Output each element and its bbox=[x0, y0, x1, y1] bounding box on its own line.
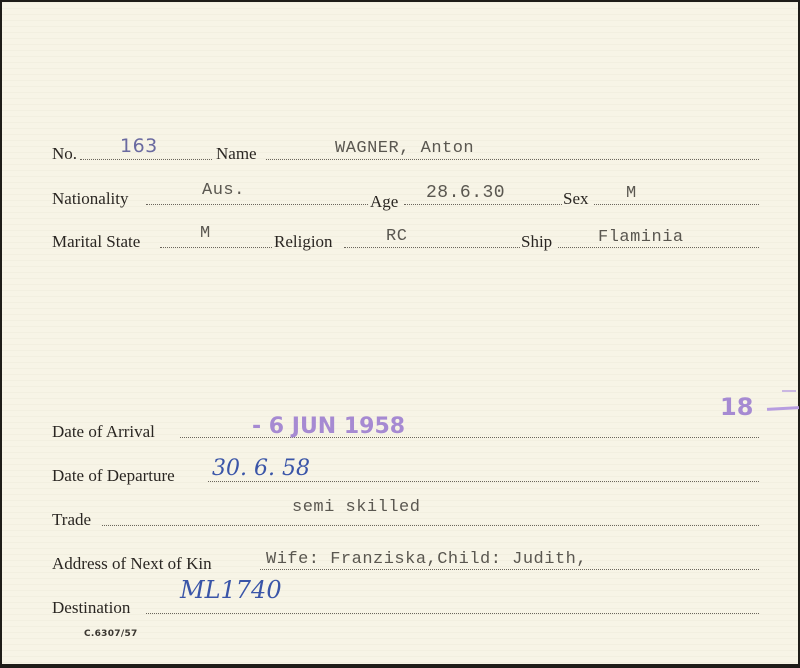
row-next-of-kin: Address of Next of Kin Wife: Franziska,C… bbox=[52, 542, 755, 572]
marital-state-value: M bbox=[200, 225, 211, 242]
sex-label: Sex bbox=[563, 190, 589, 207]
name-value: WAGNER, Anton bbox=[335, 140, 474, 157]
destination-label: Destination bbox=[52, 599, 130, 616]
age-dotted-line bbox=[404, 204, 562, 205]
date-of-arrival-label: Date of Arrival bbox=[52, 423, 155, 440]
nationality-dotted-line bbox=[146, 204, 368, 205]
row-nationality-age-sex: Nationality Aus. Age 28.6.30 Sex M bbox=[52, 177, 755, 207]
trade-dotted-line bbox=[102, 525, 759, 526]
next-of-kin-value: Wife: Franziska,Child: Judith, bbox=[266, 551, 587, 568]
marital-state-dotted-line bbox=[160, 247, 272, 248]
row-number-name: No. 163 Name WAGNER, Anton bbox=[52, 132, 755, 162]
sex-value: M bbox=[626, 185, 637, 202]
destination-dotted-line bbox=[146, 613, 759, 614]
row-trade: Trade semi skilled bbox=[52, 498, 755, 528]
no-label: No. bbox=[52, 145, 77, 162]
sex-dotted-line bbox=[594, 204, 759, 205]
no-value: 163 bbox=[120, 137, 158, 156]
nationality-label: Nationality bbox=[52, 190, 128, 207]
marital-state-label: Marital State bbox=[52, 233, 140, 250]
arrival-date-stamp: - 6 JUN 1958 bbox=[252, 416, 405, 438]
stamp-mark bbox=[782, 390, 796, 392]
ship-label: Ship bbox=[521, 233, 552, 250]
stamp-mark bbox=[767, 406, 799, 411]
next-of-kin-label: Address of Next of Kin bbox=[52, 555, 212, 572]
date-of-departure-label: Date of Departure bbox=[52, 467, 175, 484]
immigration-record-card: No. 163 Name WAGNER, Anton Nationality A… bbox=[2, 2, 798, 664]
name-dotted-line bbox=[266, 159, 759, 160]
destination-value: ML1740 bbox=[180, 578, 282, 602]
form-code: C.6307/57 bbox=[84, 629, 138, 639]
name-label: Name bbox=[216, 145, 257, 162]
arrival-stamp-number: 18 bbox=[720, 395, 753, 419]
row-marital-religion-ship: Marital State M Religion RC Ship Flamini… bbox=[52, 220, 755, 250]
date-of-departure-value: 30. 6. 58 bbox=[212, 458, 310, 480]
religion-dotted-line bbox=[344, 247, 520, 248]
date-of-departure-dotted-line bbox=[208, 481, 759, 482]
religion-value: RC bbox=[386, 228, 407, 245]
ship-value: Flaminia bbox=[598, 229, 684, 246]
nationality-value: Aus. bbox=[202, 182, 245, 199]
religion-label: Religion bbox=[274, 233, 333, 250]
next-of-kin-dotted-line bbox=[260, 569, 759, 570]
trade-value: semi skilled bbox=[292, 499, 420, 516]
row-date-of-departure: Date of Departure 30. 6. 58 bbox=[52, 454, 755, 484]
row-destination: Destination ML1740 bbox=[52, 586, 755, 616]
row-date-of-arrival: Date of Arrival - 6 JUN 1958 bbox=[52, 410, 755, 440]
age-label: Age bbox=[370, 193, 398, 210]
trade-label: Trade bbox=[52, 511, 91, 528]
ship-dotted-line bbox=[558, 247, 759, 248]
age-value: 28.6.30 bbox=[426, 184, 505, 202]
no-dotted-line bbox=[80, 159, 212, 160]
